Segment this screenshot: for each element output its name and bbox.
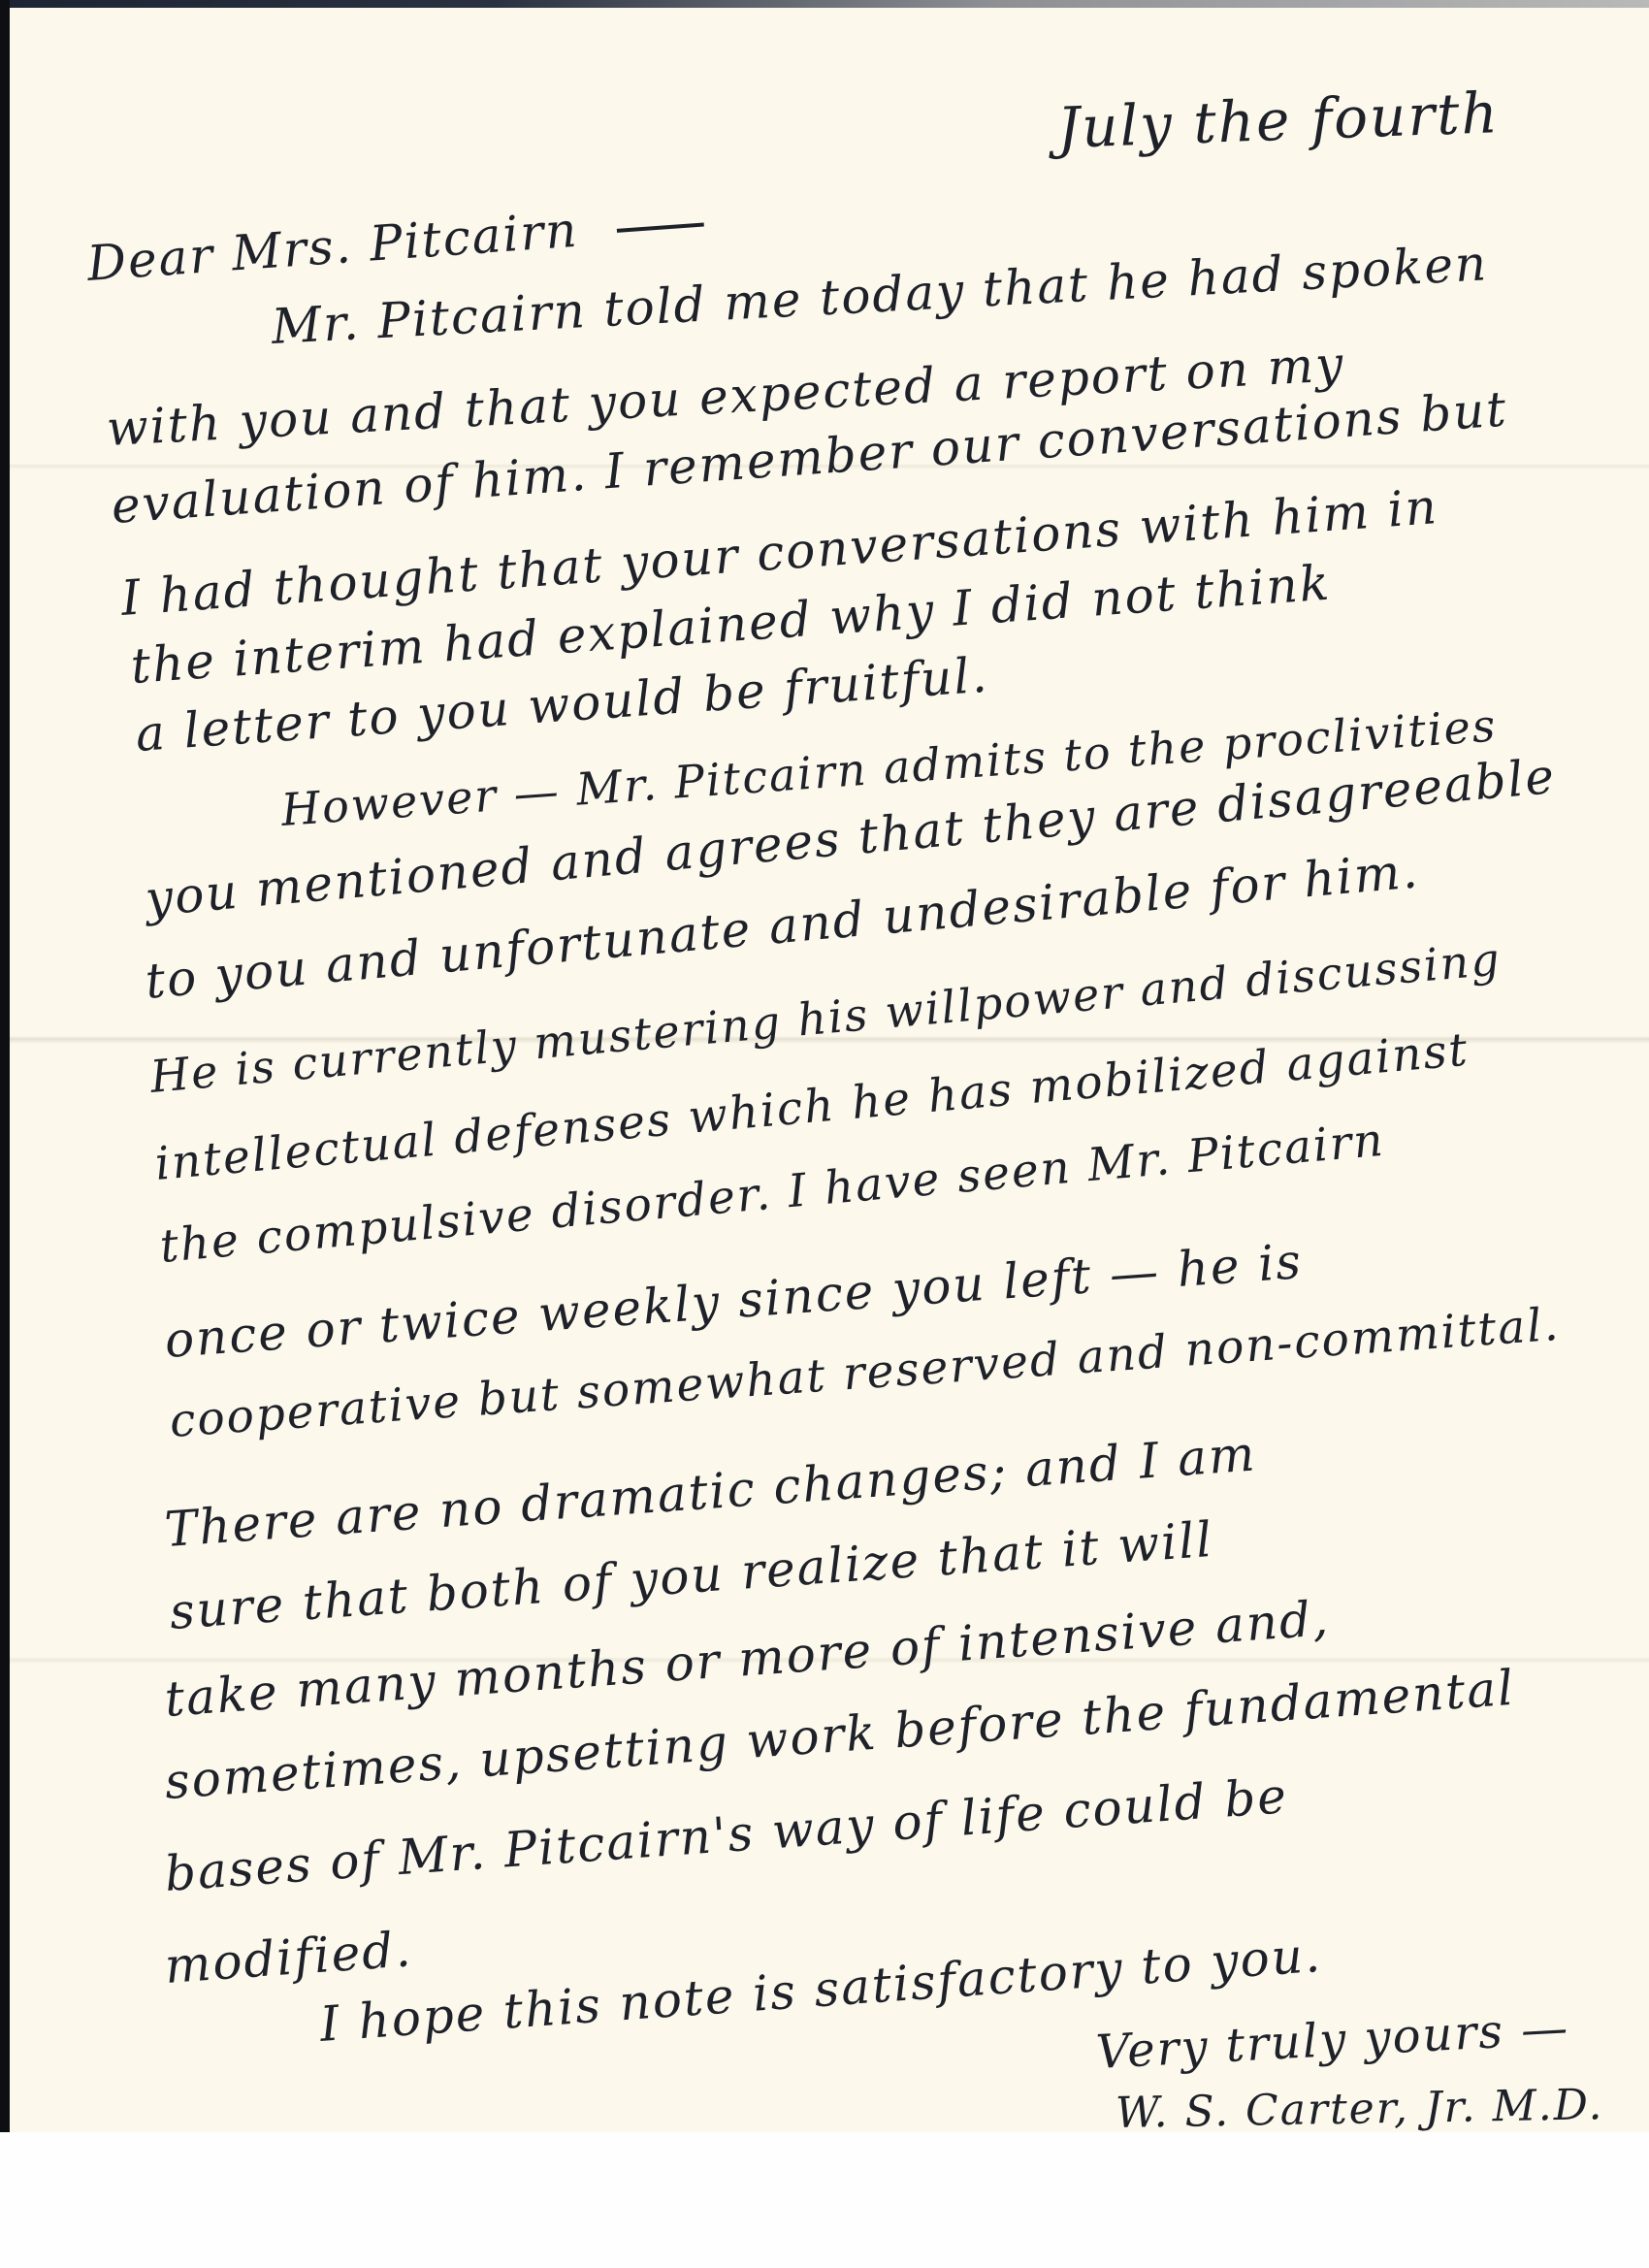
- letter-date: July the fourth: [1056, 80, 1501, 161]
- scanner-edge-left: [0, 0, 10, 2134]
- letter-salutation: Dear Mrs. Pitcairn: [85, 193, 706, 292]
- salutation-dash: [617, 223, 704, 233]
- letter-closing: Very truly yours —: [1095, 2000, 1571, 2079]
- scanner-edge-top: [0, 0, 1649, 8]
- letter-signature: W. S. Carter, Jr. M.D.: [1115, 2080, 1604, 2138]
- scanner-background: [0, 2132, 1649, 2268]
- body-line: modified.: [163, 1921, 414, 1994]
- salutation-text: Dear Mrs. Pitcairn: [85, 202, 580, 292]
- letter-page: July the fourth Dear Mrs. Pitcairn Mr. P…: [10, 8, 1649, 2132]
